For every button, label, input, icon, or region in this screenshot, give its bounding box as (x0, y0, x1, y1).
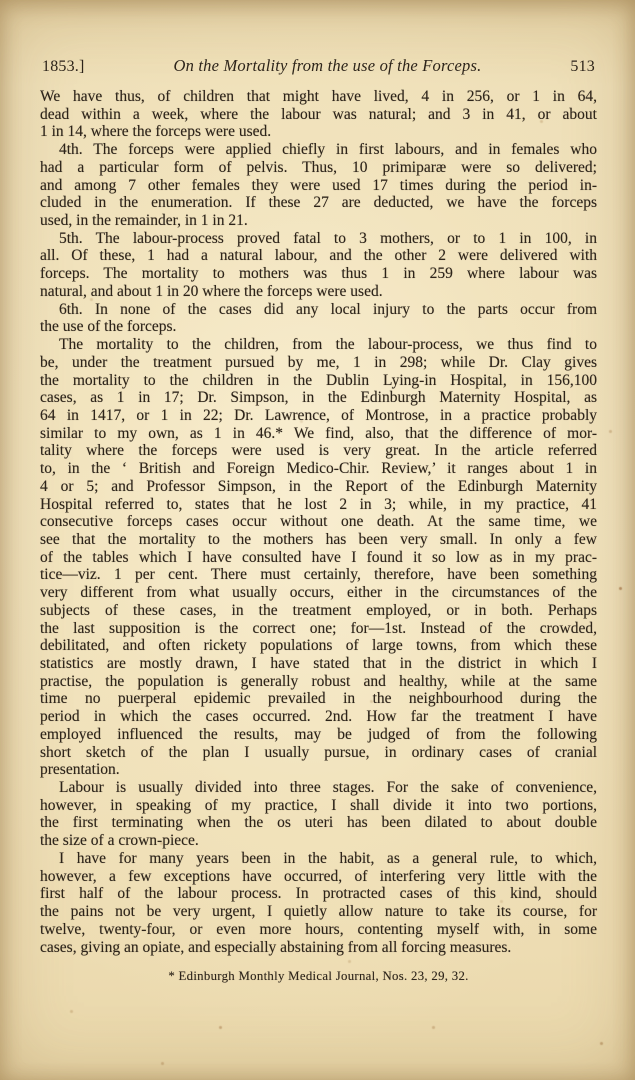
page-number: 513 (570, 58, 595, 76)
text-line: presentation. (40, 761, 597, 779)
text-line: natural, and about 1 in 20 where the for… (40, 283, 597, 301)
text-line: 6th. In none of the cases did any local … (40, 301, 597, 319)
text-line: consecutive forceps cases occur without … (40, 513, 597, 531)
paragraph: Labour is usually divided into three sta… (40, 779, 597, 850)
paragraph: The mortality to the children, from the … (40, 336, 597, 779)
text-line: the mortality to the children in the Dub… (40, 372, 597, 390)
page-title: On the Mortality from the use of the For… (85, 56, 571, 76)
text-line: however, in speaking of my practice, I s… (40, 797, 597, 815)
text-line: practise, the population is generally ro… (40, 673, 597, 691)
text-line: see that the mortality to the mothers ha… (40, 531, 597, 549)
scanned-journal-page: 1853.] On the Mortality from the use of … (0, 0, 635, 1080)
text-line: dead within a week, where the labour was… (40, 106, 597, 124)
text-line: Labour is usually divided into three sta… (40, 779, 597, 797)
text-line: cases, as 1 in 17; Dr. Simpson, in the E… (40, 389, 597, 407)
header-year: 1853.] (42, 58, 85, 76)
text-line: 4th. The forceps were applied chiefly in… (40, 141, 597, 159)
text-line: the last supposition is the correct one;… (40, 620, 597, 638)
text-line: forceps. The mortality to mothers was th… (40, 265, 597, 283)
paragraph: We have thus, of children that might hav… (40, 88, 597, 141)
body-text: We have thus, of children that might hav… (40, 88, 597, 956)
page-header: 1853.] On the Mortality from the use of … (42, 56, 595, 76)
text-line: The mortality to the children, from the … (40, 336, 597, 354)
text-line: subjects of these cases, in the treatmen… (40, 602, 597, 620)
text-line: short sketch of the plan I usually pursu… (40, 744, 597, 762)
paper-foxing-specks (0, 0, 3, 3)
text-line: cases, giving an opiate, and especially … (40, 939, 597, 957)
text-line: similar to my own, as 1 in 46.* We find,… (40, 425, 597, 443)
text-line: twelve, twenty-four, or even more hours,… (40, 921, 597, 939)
text-line: the use of the forceps. (40, 318, 597, 336)
text-line: the pains not be very urgent, I quietly … (40, 903, 597, 921)
text-line: and among 7 other females they were used… (40, 177, 597, 195)
text-line: however, a few exceptions have occurred,… (40, 868, 597, 886)
text-line: had a particular form of pelvis. Thus, 1… (40, 159, 597, 177)
paragraph: 5th. The labour-process proved fatal to … (40, 230, 597, 301)
text-line: time no puerperal epidemic prevailed in … (40, 690, 597, 708)
text-line: I have for many years been in the habit,… (40, 850, 597, 868)
text-line: used, in the remainder, in 1 in 21. (40, 212, 597, 230)
text-line: the first terminating when the os uteri … (40, 814, 597, 832)
text-line: 5th. The labour-process proved fatal to … (40, 230, 597, 248)
text-line: 4 or 5; and Professor Simpson, in the Re… (40, 478, 597, 496)
text-line: debilitated, and often rickety populatio… (40, 637, 597, 655)
text-line: first half of the labour process. In pro… (40, 885, 597, 903)
text-line: to, in the ‘ British and Foreign Medico-… (40, 460, 597, 478)
paragraph: 4th. The forceps were applied chiefly in… (40, 141, 597, 230)
text-line: We have thus, of children that might hav… (40, 88, 597, 106)
text-line: be, under the treatment pursued by me, 1… (40, 354, 597, 372)
text-line: very different from what usually occurs,… (40, 584, 597, 602)
text-line: Hospital referred to, states that he los… (40, 496, 597, 514)
text-line: cluded in the enumeration. If these 27 a… (40, 194, 597, 212)
text-line: 1 in 14, where the forceps were used. (40, 123, 597, 141)
text-line: 64 in 1417, or 1 in 22; Dr. Lawrence, of… (40, 407, 597, 425)
text-line: statistics are mostly drawn, I have stat… (40, 655, 597, 673)
text-line: all. Of these, 1 had a natural labour, a… (40, 247, 597, 265)
text-line: tice—viz. 1 per cent. There must certain… (40, 566, 597, 584)
text-line: employed influenced the results, may be … (40, 726, 597, 744)
footnote: * Edinburgh Monthly Medical Journal, Nos… (40, 969, 597, 984)
text-line: of the tables which I have consulted hav… (40, 549, 597, 567)
text-line: the size of a crown-piece. (40, 832, 597, 850)
paragraph: 6th. In none of the cases did any local … (40, 301, 597, 336)
paragraph: I have for many years been in the habit,… (40, 850, 597, 956)
text-line: tality where the forceps were used is ve… (40, 442, 597, 460)
text-line: period in which the cases occurred. 2nd.… (40, 708, 597, 726)
